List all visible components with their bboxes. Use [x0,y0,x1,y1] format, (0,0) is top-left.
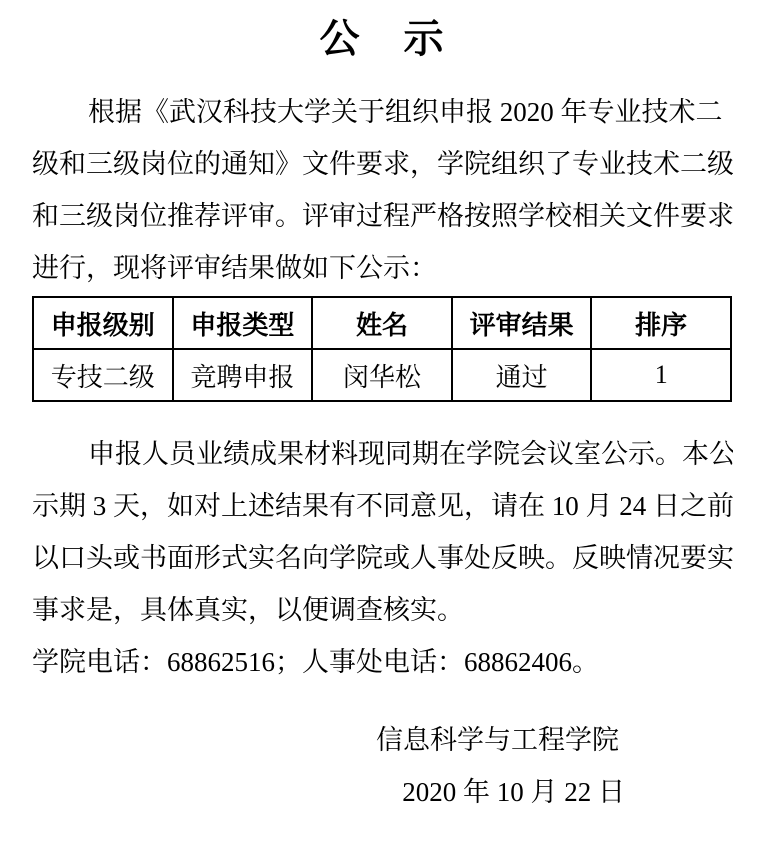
table-cell-name: 闵华松 [312,349,452,401]
table-header-result: 评审结果 [452,297,592,349]
signature-department: 信息科学与工程学院 [32,714,733,766]
signature-date: 2020 年 10 月 22 日 [32,766,733,818]
table-cell-result: 通过 [452,349,592,401]
signature-block: 信息科学与工程学院 2020 年 10 月 22 日 [32,714,733,818]
table-header-rank: 排序 [591,297,731,349]
paragraph-line: 级和三级岗位的通知》文件要求，学院组织了专业技术二级 [32,138,733,190]
paragraph-intro: 根据《武汉科技大学关于组织申报 2020 年专业技术二 级和三级岗位的通知》文件… [32,86,733,294]
paragraph-line: 进行，现将评审结果做如下公示： [32,242,733,294]
paragraph-line: 事求是，具体真实，以便调查核实。 [32,584,733,636]
table-cell-level: 专技二级 [33,349,173,401]
table-row: 专技二级 竞聘申报 闵华松 通过 1 [33,349,731,401]
paragraph-line: 以口头或书面形式实名向学院或人事处反映。反映情况要实 [32,532,733,584]
table-cell-type: 竞聘申报 [173,349,313,401]
paragraph-line: 申报人员业绩成果材料现同期在学院会议室公示。本公 [32,428,733,480]
table-header-level: 申报级别 [33,297,173,349]
table-header-row: 申报级别 申报类型 姓名 评审结果 排序 [33,297,731,349]
paragraph-line: 示期 3 天，如对上述结果有不同意见，请在 10 月 24 日之前 [32,480,733,532]
announcement-document: 公 示 根据《武汉科技大学关于组织申报 2020 年专业技术二 级和三级岗位的通… [0,0,763,818]
paragraph-line: 和三级岗位推荐评审。评审过程严格按照学校相关文件要求 [32,190,733,242]
contact-phone-line: 学院电话：68862516；人事处电话：68862406。 [32,636,733,688]
table-cell-rank: 1 [591,349,731,401]
table-header-name: 姓名 [312,297,452,349]
review-result-table: 申报级别 申报类型 姓名 评审结果 排序 专技二级 竞聘申报 闵华松 通过 1 [32,296,732,402]
document-title: 公 示 [32,16,733,62]
table-header-type: 申报类型 [173,297,313,349]
paragraph-publicity-period: 申报人员业绩成果材料现同期在学院会议室公示。本公 示期 3 天，如对上述结果有不… [32,428,733,636]
paragraph-line: 根据《武汉科技大学关于组织申报 2020 年专业技术二 [32,86,733,138]
